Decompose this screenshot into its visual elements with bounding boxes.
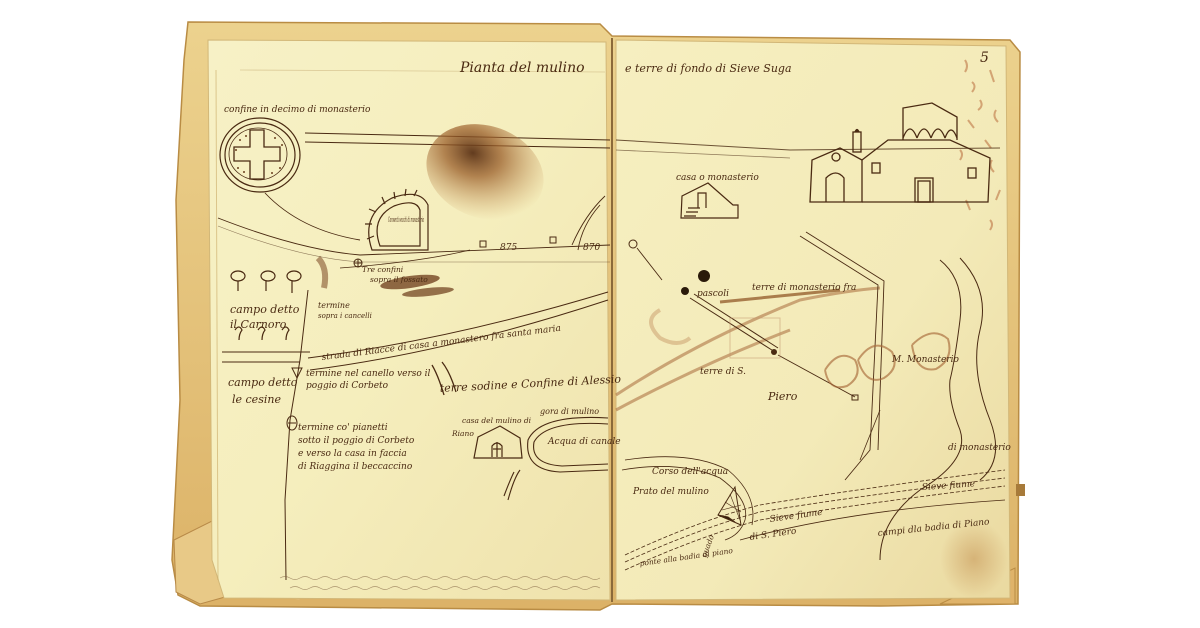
- label-monastero-2: di monasterio: [948, 443, 1011, 453]
- label-mill-gora: gora di mulino: [540, 407, 599, 416]
- label-pascoli: pascoli: [697, 289, 729, 299]
- label-field-2-line1: campo detto: [228, 376, 298, 389]
- label-field-1-line1: campo detto: [230, 303, 300, 316]
- map-title-left: Pianta del mulino: [459, 60, 585, 76]
- label-boundary-3-line4: di Riaggina il beccaccino: [298, 462, 413, 472]
- label-canal: Acqua di canale: [547, 437, 621, 447]
- label-house: casa o monasterio: [676, 173, 759, 183]
- label-boundary-1: termine: [318, 301, 350, 310]
- label-boundary-2-line1: termine nel canello verso il: [306, 369, 431, 379]
- label-boundary-3-line3: e verso la casa in faccia: [298, 449, 407, 459]
- label-field-1-line2: il Carnoro: [230, 318, 287, 331]
- label-field-2-line2: le cesine: [232, 393, 281, 406]
- label-prato: Prato del mulino: [632, 487, 709, 497]
- label-boundary-1b: sopra i cancelli: [318, 312, 372, 320]
- manuscript-photo: Pianta del mulino e terre di fondo di Si…: [0, 0, 1200, 628]
- label-terra: terre di monasterio fra: [752, 283, 856, 293]
- label-top-circle: confine in decimo di monasterio: [224, 105, 371, 115]
- label-boundary-2-line2: poggio di Corbeto: [306, 381, 389, 391]
- label-boundary-3-line1: termine co' pianetti: [298, 423, 388, 433]
- label-mill-house-2: Riano: [451, 429, 474, 438]
- label-road-marker-1: Tre confini: [362, 265, 404, 274]
- label-870: 870: [583, 243, 600, 253]
- label-walled-enclosure: Conventi vecchi di monasterio: [388, 216, 424, 224]
- label-mill-house-1: casa del mulino di: [462, 416, 532, 425]
- label-corso-acqua: Corso dell'acqua: [652, 467, 728, 477]
- label-piero: Piero: [767, 390, 798, 403]
- label-road-marker-2: sopra il fossato: [370, 275, 428, 284]
- map-title-right: e terre di fondo di Sieve Suga: [625, 62, 792, 75]
- label-terre-s: terre di S.: [700, 367, 746, 377]
- label-875: 875: [500, 243, 517, 253]
- label-monastero-hill: M. Monasterio: [891, 355, 959, 365]
- page-number: 5: [980, 50, 989, 66]
- label-boundary-3-line2: sotto il poggio di Corbeto: [298, 436, 415, 446]
